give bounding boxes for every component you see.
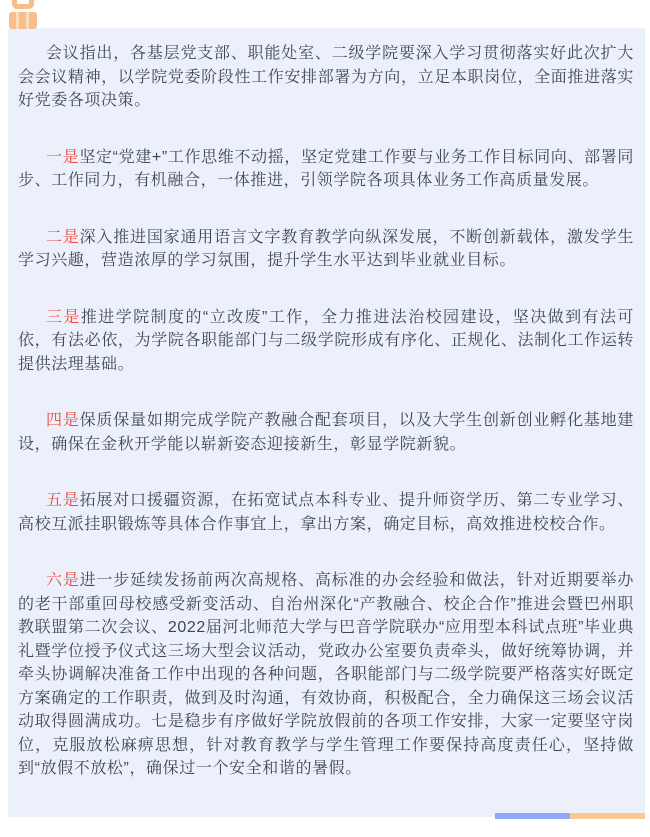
paragraph-3: 二是深入推进国家通用语言文字教育教学向纵深发展，不断创新载体，激发学生学习兴趣，… (18, 226, 634, 273)
paragraph-text: 坚定“党建+”工作思维不动摇，坚定党建工作要与业务工作目标同向、部署同步、工作同… (18, 149, 634, 190)
paragraph-7: 六是进一步延续发扬前两次高规格、高标准的办会经验和做法，针对近期要举办的老干部重… (18, 569, 634, 781)
paragraph-lead: 五是 (46, 492, 80, 509)
paragraph-lead: 二是 (46, 229, 80, 246)
paragraph-lead: 四是 (46, 412, 80, 429)
paragraph-text: 拓展对口援疆资源，在拓宽试点本科专业、提升师资学历、第二专业学习、高校互派挂职锻… (18, 492, 634, 533)
decoration-bar-blue (495, 813, 570, 819)
article-content-card: 会议指出，各基层党支部、职能处室、二级学院要深入学习贯彻落实好此次扩大会会议精神… (8, 28, 645, 817)
briefcase-body (9, 12, 37, 29)
paragraph-lead: 三是 (46, 309, 81, 326)
bottom-decoration-bars (495, 813, 645, 819)
paragraph-4: 三是推进学院制度的“立改废”工作，全力推进法治校园建设，坚决做到有法可依，有法必… (18, 306, 634, 377)
briefcase-icon (9, 0, 37, 29)
paragraph-1: 会议指出，各基层党支部、职能处室、二级学院要深入学习贯彻落实好此次扩大会会议精神… (18, 42, 634, 113)
paragraph-text: 会议指出，各基层党支部、职能处室、二级学院要深入学习贯彻落实好此次扩大会会议精神… (18, 45, 634, 109)
briefcase-stripe (16, 12, 19, 29)
decoration-bar-orange (570, 813, 645, 819)
paragraph-text: 进一步延续发扬前两次高规格、高标准的办会经验和做法，针对近期要举办的老干部重回母… (18, 572, 634, 777)
paragraph-2: 一是坚定“党建+”工作思维不动摇，坚定党建工作要与业务工作目标同向、部署同步、工… (18, 146, 634, 193)
paragraph-text: 保质保量如期完成学院产教融合配套项目，以及大学生创新创业孵化基地建设，确保在金秋… (18, 412, 634, 453)
paragraph-text: 深入推进国家通用语言文字教育教学向纵深发展，不断创新载体，激发学生学习兴趣，营造… (18, 229, 634, 270)
paragraph-6: 五是拓展对口援疆资源，在拓宽试点本科专业、提升师资学历、第二专业学习、高校互派挂… (18, 489, 634, 536)
briefcase-stripe (26, 12, 29, 29)
paragraph-text: 推进学院制度的“立改废”工作，全力推进法治校园建设，坚决做到有法可依，有法必依，… (18, 309, 634, 373)
paragraph-5: 四是保质保量如期完成学院产教融合配套项目，以及大学生创新创业孵化基地建设，确保在… (18, 409, 634, 456)
paragraph-lead: 六是 (46, 572, 80, 589)
paragraph-lead: 一是 (46, 149, 79, 166)
briefcase-handle (12, 0, 34, 9)
